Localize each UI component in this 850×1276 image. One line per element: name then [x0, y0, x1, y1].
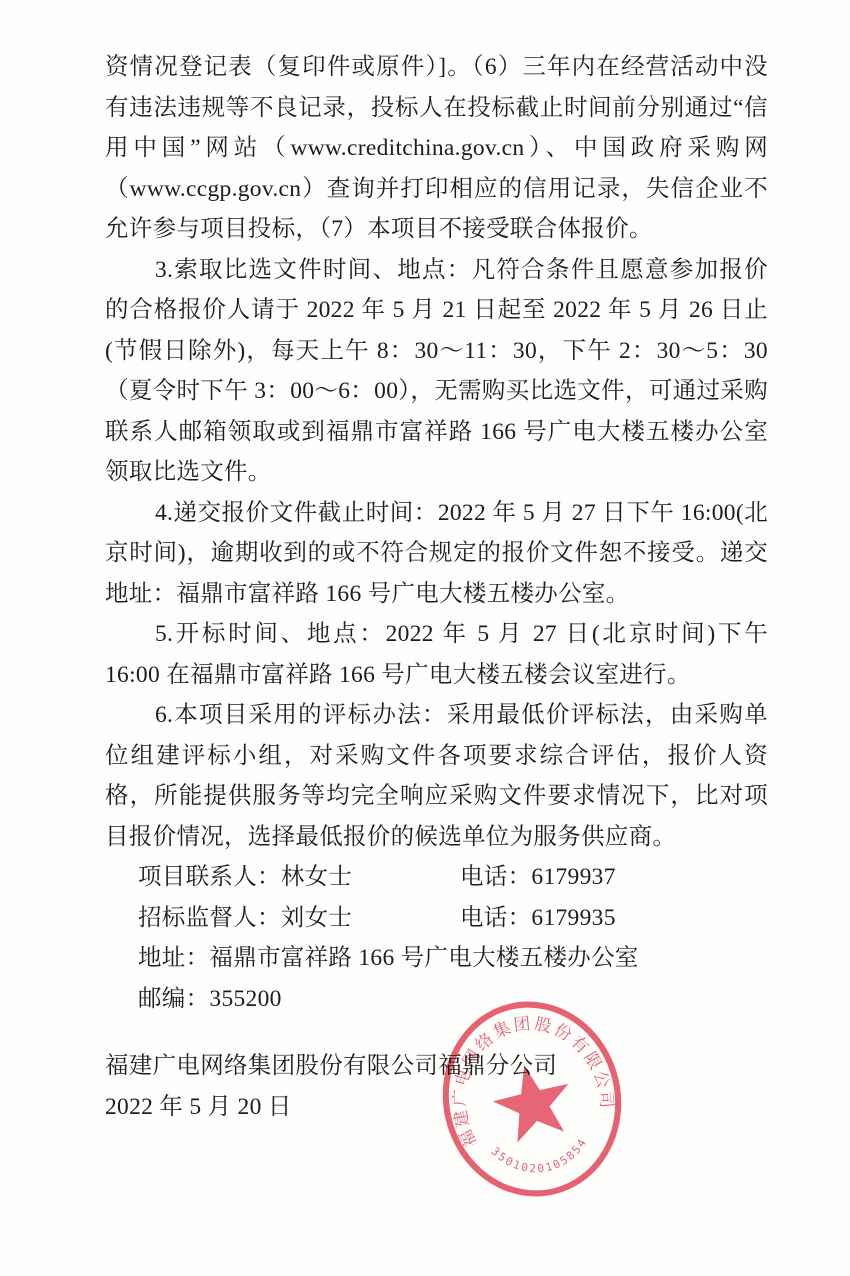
supervisor-contact-phone: 电话：6179935: [460, 898, 768, 939]
contact-row-project: 项目联系人：林女士 电话：6179937: [105, 857, 768, 898]
document-body: 资情况登记表（复印件或原件）]。（6）三年内在经营活动中没有违法违规等不良记录，…: [105, 47, 768, 1127]
address-line: 地址：福鼎市富祥路 166 号广电大楼五楼办公室: [105, 938, 768, 979]
paragraph-item-3: 3.索取比选文件时间、地点：凡符合条件且愿意参加报价的合格报价人请于 2022 …: [105, 250, 768, 493]
paragraph-item-6: 6.本项目采用的评标办法：采用最低价评标法，由采购单位组建评标小组，对采购文件各…: [105, 695, 768, 857]
seal-serial-number: 3501020105854: [487, 1124, 595, 1186]
project-contact-phone: 电话：6179937: [460, 857, 768, 898]
paragraph-item-4: 4.递交报价文件截止时间：2022 年 5 月 27 日下午 16:00(北京时…: [105, 493, 768, 615]
supervisor-contact-label: 招标监督人：刘女士: [138, 898, 460, 939]
project-contact-label: 项目联系人：林女士: [138, 857, 460, 898]
paragraph-continuation: 资情况登记表（复印件或原件）]。（6）三年内在经营活动中没有违法违规等不良记录，…: [105, 47, 768, 250]
document-page: 资情况登记表（复印件或原件）]。（6）三年内在经营活动中没有违法违规等不良记录，…: [0, 0, 850, 1276]
paragraph-item-5: 5.开标时间、地点：2022 年 5 月 27 日(北京时间)下午 16:00 …: [105, 614, 768, 695]
signature-company-name: 福建广电网络集团股份有限公司福鼎分公司: [105, 1046, 768, 1087]
signature-date: 2022 年 5 月 20 日: [105, 1087, 768, 1128]
contact-row-supervisor: 招标监督人：刘女士 电话：6179935: [105, 898, 768, 939]
svg-text:3501020105854: 3501020105854: [487, 1124, 595, 1186]
signature-block: 福建广电网络集团股份有限公司福鼎分公司 2022 年 5 月 20 日: [105, 1046, 768, 1127]
postal-code-line: 邮编：355200: [105, 979, 768, 1020]
